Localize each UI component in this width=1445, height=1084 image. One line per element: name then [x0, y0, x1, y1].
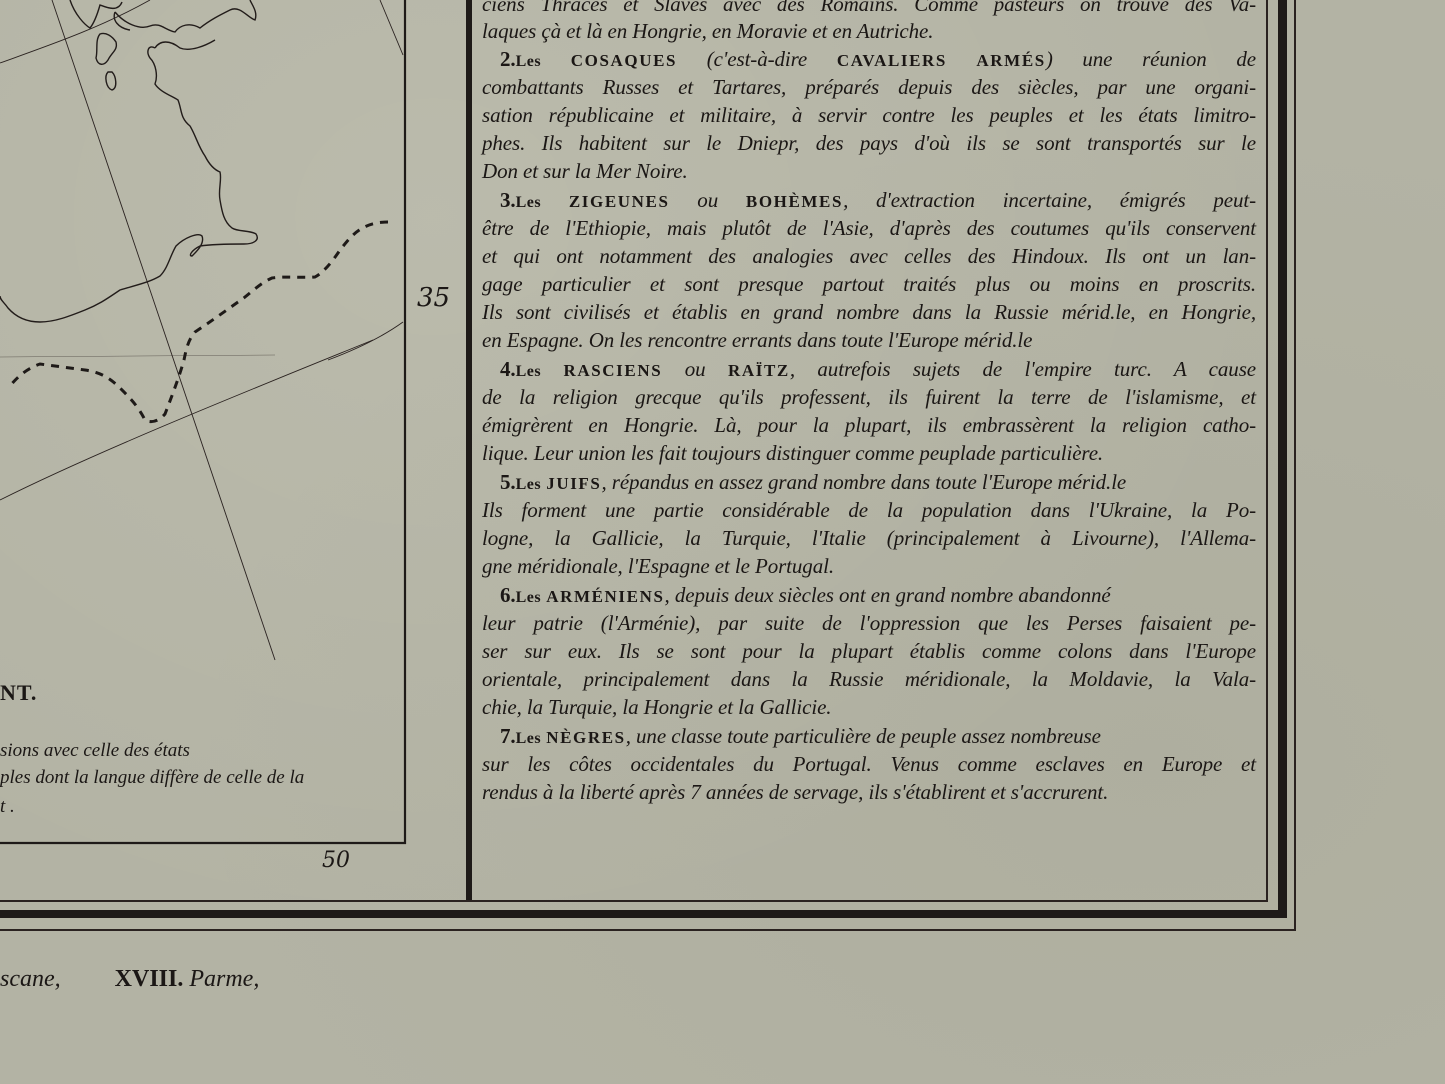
entry-2-cosaques: 2.Les COSAQUES (c'est-à-dire CAVALIERS A… [482, 45, 1256, 76]
entry-rest: , répandus en assez grand nombre dans to… [601, 470, 1126, 494]
entry-number: 4. [500, 357, 516, 381]
text-line: logne, la Gallicie, la Turquie, l'Italie… [482, 524, 1256, 553]
text-line: et qui ont notamment des analogies avec … [482, 242, 1256, 271]
text-line: laques çà et là en Hongrie, en Moravie e… [482, 17, 1256, 46]
people-name: JUIFS [546, 474, 601, 493]
entry-7-negres: 7.Les NÈGRES, une classe toute particuli… [482, 722, 1256, 753]
entry-article: Les [516, 53, 542, 70]
entry-rest: , une classe toute particulière de peupl… [626, 724, 1101, 748]
text-line: phes. Ils habitent sur le Dniepr, des pa… [482, 129, 1256, 158]
grid-label-50: 50 [322, 848, 350, 873]
text-line: Don et sur la Mer Noire. [482, 157, 1256, 186]
entry-number: 2. [500, 47, 516, 71]
people-name: NÈGRES [546, 728, 626, 747]
legend-line-1: sions avec celle des états [0, 740, 190, 762]
caption-prev-fragment: scane, [0, 966, 61, 992]
entry-3-zigeunes: 3.Les ZIGEUNES ou BOHÈMES, d'extraction … [482, 186, 1256, 217]
text-line: lique. Leur union les fait toujours dist… [482, 439, 1256, 468]
legend-line-3: t . [0, 796, 15, 818]
people-name-alt: CAVALIERS ARMÉS [837, 51, 1046, 70]
frame-bottom-outer [0, 929, 1296, 931]
entry-5-juifs: 5.Les JUIFS, répandus en assez grand nom… [482, 468, 1256, 499]
people-name: ZIGEUNES [569, 192, 670, 211]
entry-rest: , autrefois sujets de l'empire turc. A c… [790, 357, 1256, 381]
entry-article: Les [516, 589, 542, 606]
entry-rest: , d'extraction incertaine, émigrés peut- [843, 188, 1256, 212]
map-inset [0, 0, 470, 900]
text-line: sur les côtes occidentales du Portugal. … [482, 750, 1256, 779]
people-name: ARMÉNIENS [546, 587, 664, 606]
entry-4-rasciens: 4.Les RASCIENS ou RAÏTZ, autrefois sujet… [482, 355, 1256, 386]
entry-number: 7. [500, 724, 516, 748]
entry-6-armeniens: 6.Les ARMÉNIENS, depuis deux siècles ont… [482, 581, 1256, 612]
text-line: gage particulier et sont presque partout… [482, 270, 1256, 299]
entry-number: 3. [500, 188, 516, 212]
text-line: Ils sont civilisés et établis en grand n… [482, 298, 1256, 327]
frame-right-outer [1294, 0, 1296, 931]
people-name: RASCIENS [564, 361, 663, 380]
frame-bottom-thick [0, 910, 1287, 918]
text-line: leur patrie (l'Arménie), par suite de l'… [482, 609, 1256, 638]
frame-right-inner [1266, 0, 1268, 902]
panel-separator [466, 0, 472, 900]
entry-number: 6. [500, 583, 516, 607]
people-name: COSAQUES [571, 51, 677, 70]
people-name-alt: RAÏTZ [728, 361, 790, 380]
text-line: Ils forment une partie considérable de l… [482, 496, 1256, 525]
caption-numeral: XVIII. [115, 966, 184, 992]
grid-label-35: 35 [417, 283, 450, 313]
entry-rest: , depuis deux siècles ont en grand nombr… [665, 583, 1111, 607]
entry-article: Les [516, 194, 542, 211]
frame-right-thick [1278, 0, 1287, 918]
text-line: ser sur eux. Ils se sont pour la plupart… [482, 637, 1256, 666]
coastline [0, 0, 257, 322]
caption-name: Parme, [189, 966, 259, 992]
entry-article: Les [516, 363, 542, 380]
entry-article: Les [516, 730, 542, 747]
entry-article: Les [516, 476, 542, 493]
text-line: en Espagne. On les rencontre errants dan… [482, 326, 1256, 355]
people-name-alt: BOHÈMES [746, 192, 843, 211]
text-line: chie, la Turquie, la Hongrie et la Galli… [482, 693, 1256, 722]
dashed-boundary [10, 222, 388, 422]
legend-title: NT. [0, 680, 37, 706]
text-line: combattants Russes et Tartares, préparés… [482, 73, 1256, 102]
legend-line-2: ples dont la langue diffère de celle de … [0, 767, 304, 789]
frame-bottom-inner [0, 900, 1268, 902]
text-line: être de l'Ethiopie, mais plutôt de l'Asi… [482, 214, 1256, 243]
text-line: rendus à la liberté après 7 années de se… [482, 778, 1256, 807]
text-line: sation républicaine et militaire, à serv… [482, 101, 1256, 130]
graticule-lines [0, 0, 403, 660]
text-line: gne méridionale, l'Espagne et le Portuga… [482, 552, 1256, 581]
entry-mid: ou [685, 357, 706, 381]
bottom-caption: scane, XVIII. Parme, [0, 966, 259, 993]
text-line: orientale, principalement dans la Russie… [482, 665, 1256, 694]
entry-mid: (c'est-à-dire [707, 47, 807, 71]
text-line: émigrèrent en Hongrie. Là, pour la plupa… [482, 411, 1256, 440]
entry-number: 5. [500, 470, 516, 494]
entry-mid: ou [697, 188, 718, 212]
entry-rest: ) une réunion de [1046, 47, 1256, 71]
text-line: de la religion grecque qu'ils professent… [482, 383, 1256, 412]
